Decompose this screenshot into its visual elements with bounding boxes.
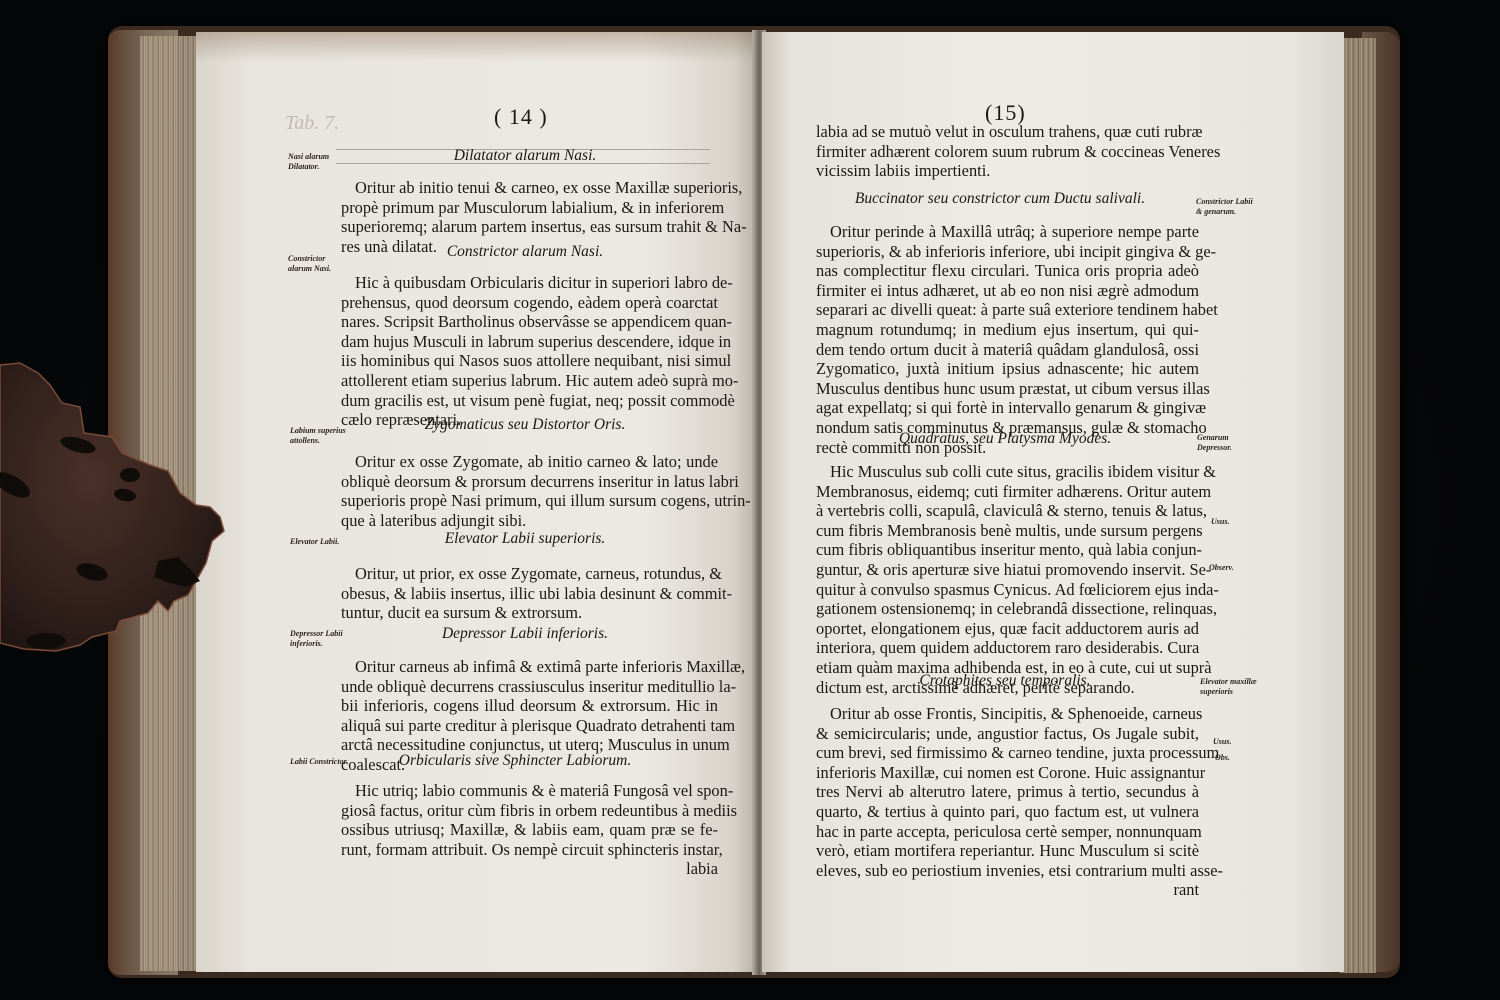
margin-note: Observ. <box>1209 563 1234 573</box>
text-line: Oritur ab osse Frontis, Sincipitis, & Sp… <box>816 704 1199 724</box>
text-line: & semicircularis; unde, angustior factus… <box>816 724 1199 744</box>
paragraph: Hic Musculus sub colli cute situs, graci… <box>816 462 1199 697</box>
text-line: obesus, & labiis insertus, illic ubi lab… <box>341 584 718 604</box>
text-line: unde obliquè decurrens crassiusculus ins… <box>341 677 718 697</box>
continuation-paragraph: labia ad se mutuò velut in osculum trahe… <box>816 122 1199 181</box>
paragraph: Oritur, ut prior, ex osse Zygomate, carn… <box>341 564 718 623</box>
text-line: obliquè deorsum & prorsum decurrens inse… <box>341 472 718 492</box>
text-line: inferioris Maxillæ, cui nomen est Corone… <box>816 763 1199 783</box>
margin-note: Constrictor alarum Nasi. <box>288 254 348 273</box>
text-line: bii inferioris, cogens illud deorsum & e… <box>341 696 718 716</box>
copper-bookmark-icon <box>0 355 240 655</box>
text-line: iis hominibus qui Nasos suos attollere n… <box>341 351 718 371</box>
text-line: hac in parte accepta, periculosa certè s… <box>816 822 1199 842</box>
margin-note: Nasi alarum Dilatator. <box>288 152 348 171</box>
right-page-stack <box>1340 38 1376 973</box>
text-line: tres Nervi ab alterutro latere, primus à… <box>816 782 1199 802</box>
text-line: firmiter adhærent colorem suum rubrum & … <box>816 142 1199 162</box>
page-foxing <box>196 32 756 62</box>
text-line: Oritur, ut prior, ex osse Zygomate, carn… <box>341 564 718 584</box>
catchword: labia <box>341 859 718 879</box>
margin-note: Elevator maxillæ superioris <box>1200 677 1260 696</box>
text-line: dum gracilis est, ut visum penè fugiat, … <box>341 391 718 411</box>
section-heading: Orbicularis sive Sphincter Labiorum. <box>340 752 690 770</box>
bleed-through-mark: Tab. 7. <box>285 112 339 135</box>
text-line: Zygomatico, juxtà initium ipsius adnasce… <box>816 359 1199 379</box>
text-line: giosâ factus, oritur cùm fibris in orbem… <box>341 801 718 821</box>
text-line: attollerent etiam superius labrum. Hic a… <box>341 371 718 391</box>
text-line: cum brevi, sed firmissimo & carneo tendi… <box>816 743 1199 763</box>
section-heading: Constrictor alarum Nasi. <box>340 243 710 261</box>
section-heading: Dilatator alarum Nasi. <box>340 147 710 165</box>
text-line: verò, etiam mortifera reperiantur. Hunc … <box>816 841 1199 861</box>
text-line: oportet, elongationem ejus, quæ facit ad… <box>816 619 1199 639</box>
text-line: propè primum par Musculorum labialium, &… <box>341 198 718 218</box>
text-line: cum fibris obliquantibus inseritur mento… <box>816 540 1199 560</box>
text-line: Membranosus, eidemq; cuti firmiter adhær… <box>816 482 1199 502</box>
section-heading: Buccinator seu constrictor cum Ductu sal… <box>820 190 1180 208</box>
text-line: Oritur ab initio tenui & carneo, ex osse… <box>341 178 718 198</box>
paragraph: Oritur ab osse Frontis, Sincipitis, & Sp… <box>816 704 1199 900</box>
section-heading: Zygomaticus seu Distortor Oris. <box>340 416 710 434</box>
text-line: quitur à convulso spasmus Cynicus. Ad fœ… <box>816 580 1199 600</box>
text-line: quarto, & tertius à quinto pari, quo fac… <box>816 802 1199 822</box>
margin-note: Genarum Depressor. <box>1197 433 1257 452</box>
text-line: que à lateribus adjungit sibi. <box>341 511 718 531</box>
margin-note: Usus. <box>1211 517 1229 527</box>
text-line: prehensus, quod deorsum cogendo, eàdem o… <box>341 293 718 313</box>
paragraph: Hic utriq; labio communis & è materiâ Fu… <box>341 781 718 879</box>
text-line: superioremq; alarum partem insertus, eas… <box>341 217 718 237</box>
margin-note: Constrictor Labii & genarum. <box>1196 197 1256 216</box>
text-line: Hic Musculus sub colli cute situs, graci… <box>816 462 1199 482</box>
section-heading: Elevator Labii superioris. <box>340 530 710 548</box>
text-line: agat expellatq; si qui fortè in interval… <box>816 398 1199 418</box>
section-heading: Depressor Labii inferioris. <box>340 625 710 643</box>
text-line: interiora, quem quidem adductorem raro d… <box>816 638 1199 658</box>
text-line: dam hujus Musculi in labrum superius des… <box>341 332 718 352</box>
text-line: vicissim labiis impertienti. <box>816 161 1199 181</box>
catchword: rant <box>816 880 1199 900</box>
text-line: Musculus dentibus hunc usum præstat, ut … <box>816 379 1199 399</box>
text-line: Hic à quibusdam Orbicularis dicitur in s… <box>341 273 718 293</box>
text-line: runt, formam attribuit. Os nempè circuit… <box>341 840 718 860</box>
text-line: Hic utriq; labio communis & è materiâ Fu… <box>341 781 718 801</box>
text-line: eleves, sub eo periostium invenies, etsi… <box>816 861 1199 881</box>
paragraph: Hic à quibusdam Orbicularis dicitur in s… <box>341 273 718 430</box>
text-line: ossibus utriusq; Maxillæ, & labiis eam, … <box>341 820 718 840</box>
text-line: superioris propè Nasi primum, qui illum … <box>341 491 718 511</box>
text-line: dem tendo ortum ducit à materiâ quâdam g… <box>816 340 1199 360</box>
text-line: cum fibris Membranosis benè multis, unde… <box>816 521 1199 541</box>
section-heading: Crotaphites seu temporalis. <box>840 672 1170 690</box>
margin-note: Obs. <box>1215 753 1230 763</box>
text-line: gationem ostensionemq; in celebrandâ dis… <box>816 599 1199 619</box>
text-line: guntur, & oris aperturæ sive hiatui prom… <box>816 560 1199 580</box>
text-line: tuntur, ducit ea sursum & extrorsum. <box>341 603 718 623</box>
page-number-left: ( 14 ) <box>494 104 548 130</box>
text-line: labia ad se mutuò velut in osculum trahe… <box>816 122 1199 142</box>
text-line: superioris, & ab inferioris inferiore, u… <box>816 242 1199 262</box>
text-line: nares. Scripsit Bartholinus observâsse s… <box>341 312 718 332</box>
section-heading: Quadratus, seu Platysma Myodes. <box>840 430 1170 448</box>
text-line: firmiter ei intus adhæret, ut ab eo non … <box>816 281 1199 301</box>
margin-note: Usus. <box>1213 737 1231 747</box>
text-line: aliquâ sui parte creditur à plerisque Qu… <box>341 716 718 736</box>
text-line: nas complectitur flexu circulari. Tunica… <box>816 261 1199 281</box>
text-line: à vertebris colli, scapulâ, claviculâ & … <box>816 501 1199 521</box>
paragraph: Oritur perinde à Maxillâ utrâq; à superi… <box>816 222 1199 457</box>
text-line: Oritur ex osse Zygomate, ab initio carne… <box>341 452 718 472</box>
text-line: magnum rotundumq; in medium ejus insertu… <box>816 320 1199 340</box>
text-line: Oritur carneus ab infimâ & extimâ parte … <box>341 657 718 677</box>
paragraph: Oritur ex osse Zygomate, ab initio carne… <box>341 452 718 530</box>
text-line: Oritur perinde à Maxillâ utrâq; à superi… <box>816 222 1199 242</box>
text-line: separari ac divelli queat: à parte suâ e… <box>816 300 1199 320</box>
